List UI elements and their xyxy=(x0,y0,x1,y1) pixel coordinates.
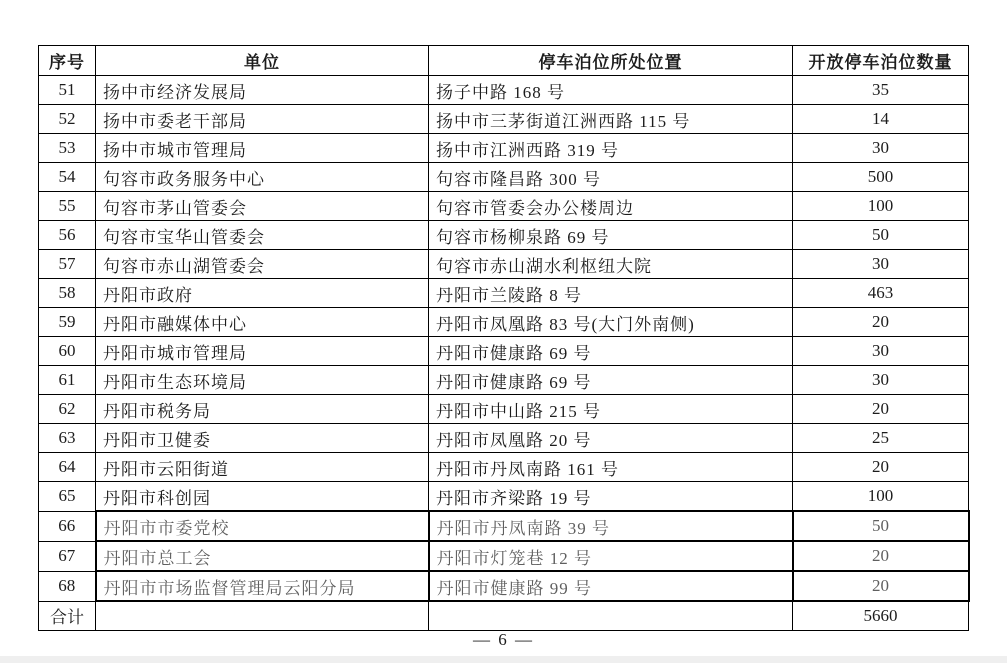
unit-cell: 扬中市经济发展局 xyxy=(96,76,429,105)
row-number-cell: 53 xyxy=(39,134,96,163)
unit-cell: 丹阳市总工会 xyxy=(96,541,429,571)
count-cell: 500 xyxy=(793,163,969,192)
row-number-cell: 59 xyxy=(39,308,96,337)
count-cell: 20 xyxy=(793,395,969,424)
row-number-cell: 60 xyxy=(39,337,96,366)
unit-cell: 句容市政务服务中心 xyxy=(96,163,429,192)
location-cell: 句容市杨柳泉路 69 号 xyxy=(429,221,793,250)
unit-cell: 句容市赤山湖管委会 xyxy=(96,250,429,279)
location-cell: 丹阳市健康路 69 号 xyxy=(429,337,793,366)
table-row: 58 丹阳市政府 丹阳市兰陵路 8 号 463 xyxy=(39,279,969,308)
header-unit: 单位 xyxy=(96,46,429,76)
location-cell: 丹阳市凤凰路 83 号(大门外南侧) xyxy=(429,308,793,337)
count-cell: 35 xyxy=(793,76,969,105)
location-cell: 扬中市江洲西路 319 号 xyxy=(429,134,793,163)
table-header: 序号 单位 停车泊位所处位置 开放停车泊位数量 xyxy=(39,46,969,76)
table-row: 62 丹阳市税务局 丹阳市中山路 215 号 20 xyxy=(39,395,969,424)
total-label: 合计 xyxy=(39,601,96,631)
location-cell: 丹阳市中山路 215 号 xyxy=(429,395,793,424)
header-location: 停车泊位所处位置 xyxy=(429,46,793,76)
table-row: 59 丹阳市融媒体中心 丹阳市凤凰路 83 号(大门外南侧) 20 xyxy=(39,308,969,337)
table-row: 53 扬中市城市管理局 扬中市江洲西路 319 号 30 xyxy=(39,134,969,163)
total-count: 5660 xyxy=(793,601,969,631)
row-number-cell: 52 xyxy=(39,105,96,134)
table-row: 67 丹阳市总工会 丹阳市灯笼巷 12 号 20 xyxy=(39,541,969,571)
table-row: 56 句容市宝华山管委会 句容市杨柳泉路 69 号 50 xyxy=(39,221,969,250)
table-footer: 合计 5660 xyxy=(39,601,969,631)
unit-cell: 丹阳市融媒体中心 xyxy=(96,308,429,337)
location-cell: 句容市管委会办公楼周边 xyxy=(429,192,793,221)
table-row: 55 句容市茅山管委会 句容市管委会办公楼周边 100 xyxy=(39,192,969,221)
unit-cell: 扬中市委老干部局 xyxy=(96,105,429,134)
table-row: 57 句容市赤山湖管委会 句容市赤山湖水利枢纽大院 30 xyxy=(39,250,969,279)
unit-cell: 丹阳市政府 xyxy=(96,279,429,308)
unit-cell: 丹阳市市场监督管理局云阳分局 xyxy=(96,571,429,601)
count-cell: 30 xyxy=(793,366,969,395)
location-cell: 丹阳市丹凤南路 39 号 xyxy=(429,511,793,541)
location-cell: 句容市隆昌路 300 号 xyxy=(429,163,793,192)
location-cell: 丹阳市灯笼巷 12 号 xyxy=(429,541,793,571)
total-unit-cell xyxy=(96,601,429,631)
count-cell: 463 xyxy=(793,279,969,308)
unit-cell: 丹阳市城市管理局 xyxy=(96,337,429,366)
count-cell: 100 xyxy=(793,482,969,512)
unit-cell: 丹阳市生态环境局 xyxy=(96,366,429,395)
location-cell: 句容市赤山湖水利枢纽大院 xyxy=(429,250,793,279)
table-row: 60 丹阳市城市管理局 丹阳市健康路 69 号 30 xyxy=(39,337,969,366)
page-number: — 6 — xyxy=(0,630,1007,650)
total-row: 合计 5660 xyxy=(39,601,969,631)
count-cell: 20 xyxy=(793,571,969,601)
row-number-cell: 68 xyxy=(39,571,96,601)
parking-berths-table: 序号 单位 停车泊位所处位置 开放停车泊位数量 51 扬中市经济发展局 扬子中路… xyxy=(38,45,970,631)
table-row: 64 丹阳市云阳街道 丹阳市丹凤南路 161 号 20 xyxy=(39,453,969,482)
row-number-cell: 57 xyxy=(39,250,96,279)
unit-cell: 句容市茅山管委会 xyxy=(96,192,429,221)
count-cell: 30 xyxy=(793,250,969,279)
table-row: 65 丹阳市科创园 丹阳市齐梁路 19 号 100 xyxy=(39,482,969,512)
row-number-cell: 54 xyxy=(39,163,96,192)
location-cell: 丹阳市健康路 69 号 xyxy=(429,366,793,395)
count-cell: 20 xyxy=(793,453,969,482)
unit-cell: 句容市宝华山管委会 xyxy=(96,221,429,250)
location-cell: 扬中市三茅街道江洲西路 115 号 xyxy=(429,105,793,134)
location-cell: 丹阳市丹凤南路 161 号 xyxy=(429,453,793,482)
row-number-cell: 66 xyxy=(39,511,96,541)
table-row: 52 扬中市委老干部局 扬中市三茅街道江洲西路 115 号 14 xyxy=(39,105,969,134)
row-number-cell: 51 xyxy=(39,76,96,105)
table-body: 51 扬中市经济发展局 扬子中路 168 号 35 52 扬中市委老干部局 扬中… xyxy=(39,76,969,602)
row-number-cell: 67 xyxy=(39,541,96,571)
header-count: 开放停车泊位数量 xyxy=(793,46,969,76)
location-cell: 扬子中路 168 号 xyxy=(429,76,793,105)
row-number-cell: 63 xyxy=(39,424,96,453)
location-cell: 丹阳市凤凰路 20 号 xyxy=(429,424,793,453)
table-row: 66 丹阳市市委党校 丹阳市丹凤南路 39 号 50 xyxy=(39,511,969,541)
row-number-cell: 56 xyxy=(39,221,96,250)
location-cell: 丹阳市健康路 99 号 xyxy=(429,571,793,601)
total-location-cell xyxy=(429,601,793,631)
count-cell: 25 xyxy=(793,424,969,453)
table-row: 54 句容市政务服务中心 句容市隆昌路 300 号 500 xyxy=(39,163,969,192)
count-cell: 100 xyxy=(793,192,969,221)
unit-cell: 扬中市城市管理局 xyxy=(96,134,429,163)
count-cell: 30 xyxy=(793,134,969,163)
count-cell: 20 xyxy=(793,541,969,571)
row-number-cell: 55 xyxy=(39,192,96,221)
unit-cell: 丹阳市科创园 xyxy=(96,482,429,512)
row-number-cell: 65 xyxy=(39,482,96,512)
unit-cell: 丹阳市云阳街道 xyxy=(96,453,429,482)
header-row: 序号 单位 停车泊位所处位置 开放停车泊位数量 xyxy=(39,46,969,76)
table-row: 61 丹阳市生态环境局 丹阳市健康路 69 号 30 xyxy=(39,366,969,395)
row-number-cell: 61 xyxy=(39,366,96,395)
page-bottom-edge xyxy=(0,656,1007,663)
count-cell: 50 xyxy=(793,221,969,250)
unit-cell: 丹阳市税务局 xyxy=(96,395,429,424)
header-no: 序号 xyxy=(39,46,96,76)
location-cell: 丹阳市兰陵路 8 号 xyxy=(429,279,793,308)
location-cell: 丹阳市齐梁路 19 号 xyxy=(429,482,793,512)
row-number-cell: 62 xyxy=(39,395,96,424)
unit-cell: 丹阳市市委党校 xyxy=(96,511,429,541)
row-number-cell: 58 xyxy=(39,279,96,308)
count-cell: 30 xyxy=(793,337,969,366)
count-cell: 14 xyxy=(793,105,969,134)
count-cell: 50 xyxy=(793,511,969,541)
table-row: 51 扬中市经济发展局 扬子中路 168 号 35 xyxy=(39,76,969,105)
table-row: 63 丹阳市卫健委 丹阳市凤凰路 20 号 25 xyxy=(39,424,969,453)
row-number-cell: 64 xyxy=(39,453,96,482)
unit-cell: 丹阳市卫健委 xyxy=(96,424,429,453)
table-row: 68 丹阳市市场监督管理局云阳分局 丹阳市健康路 99 号 20 xyxy=(39,571,969,601)
count-cell: 20 xyxy=(793,308,969,337)
